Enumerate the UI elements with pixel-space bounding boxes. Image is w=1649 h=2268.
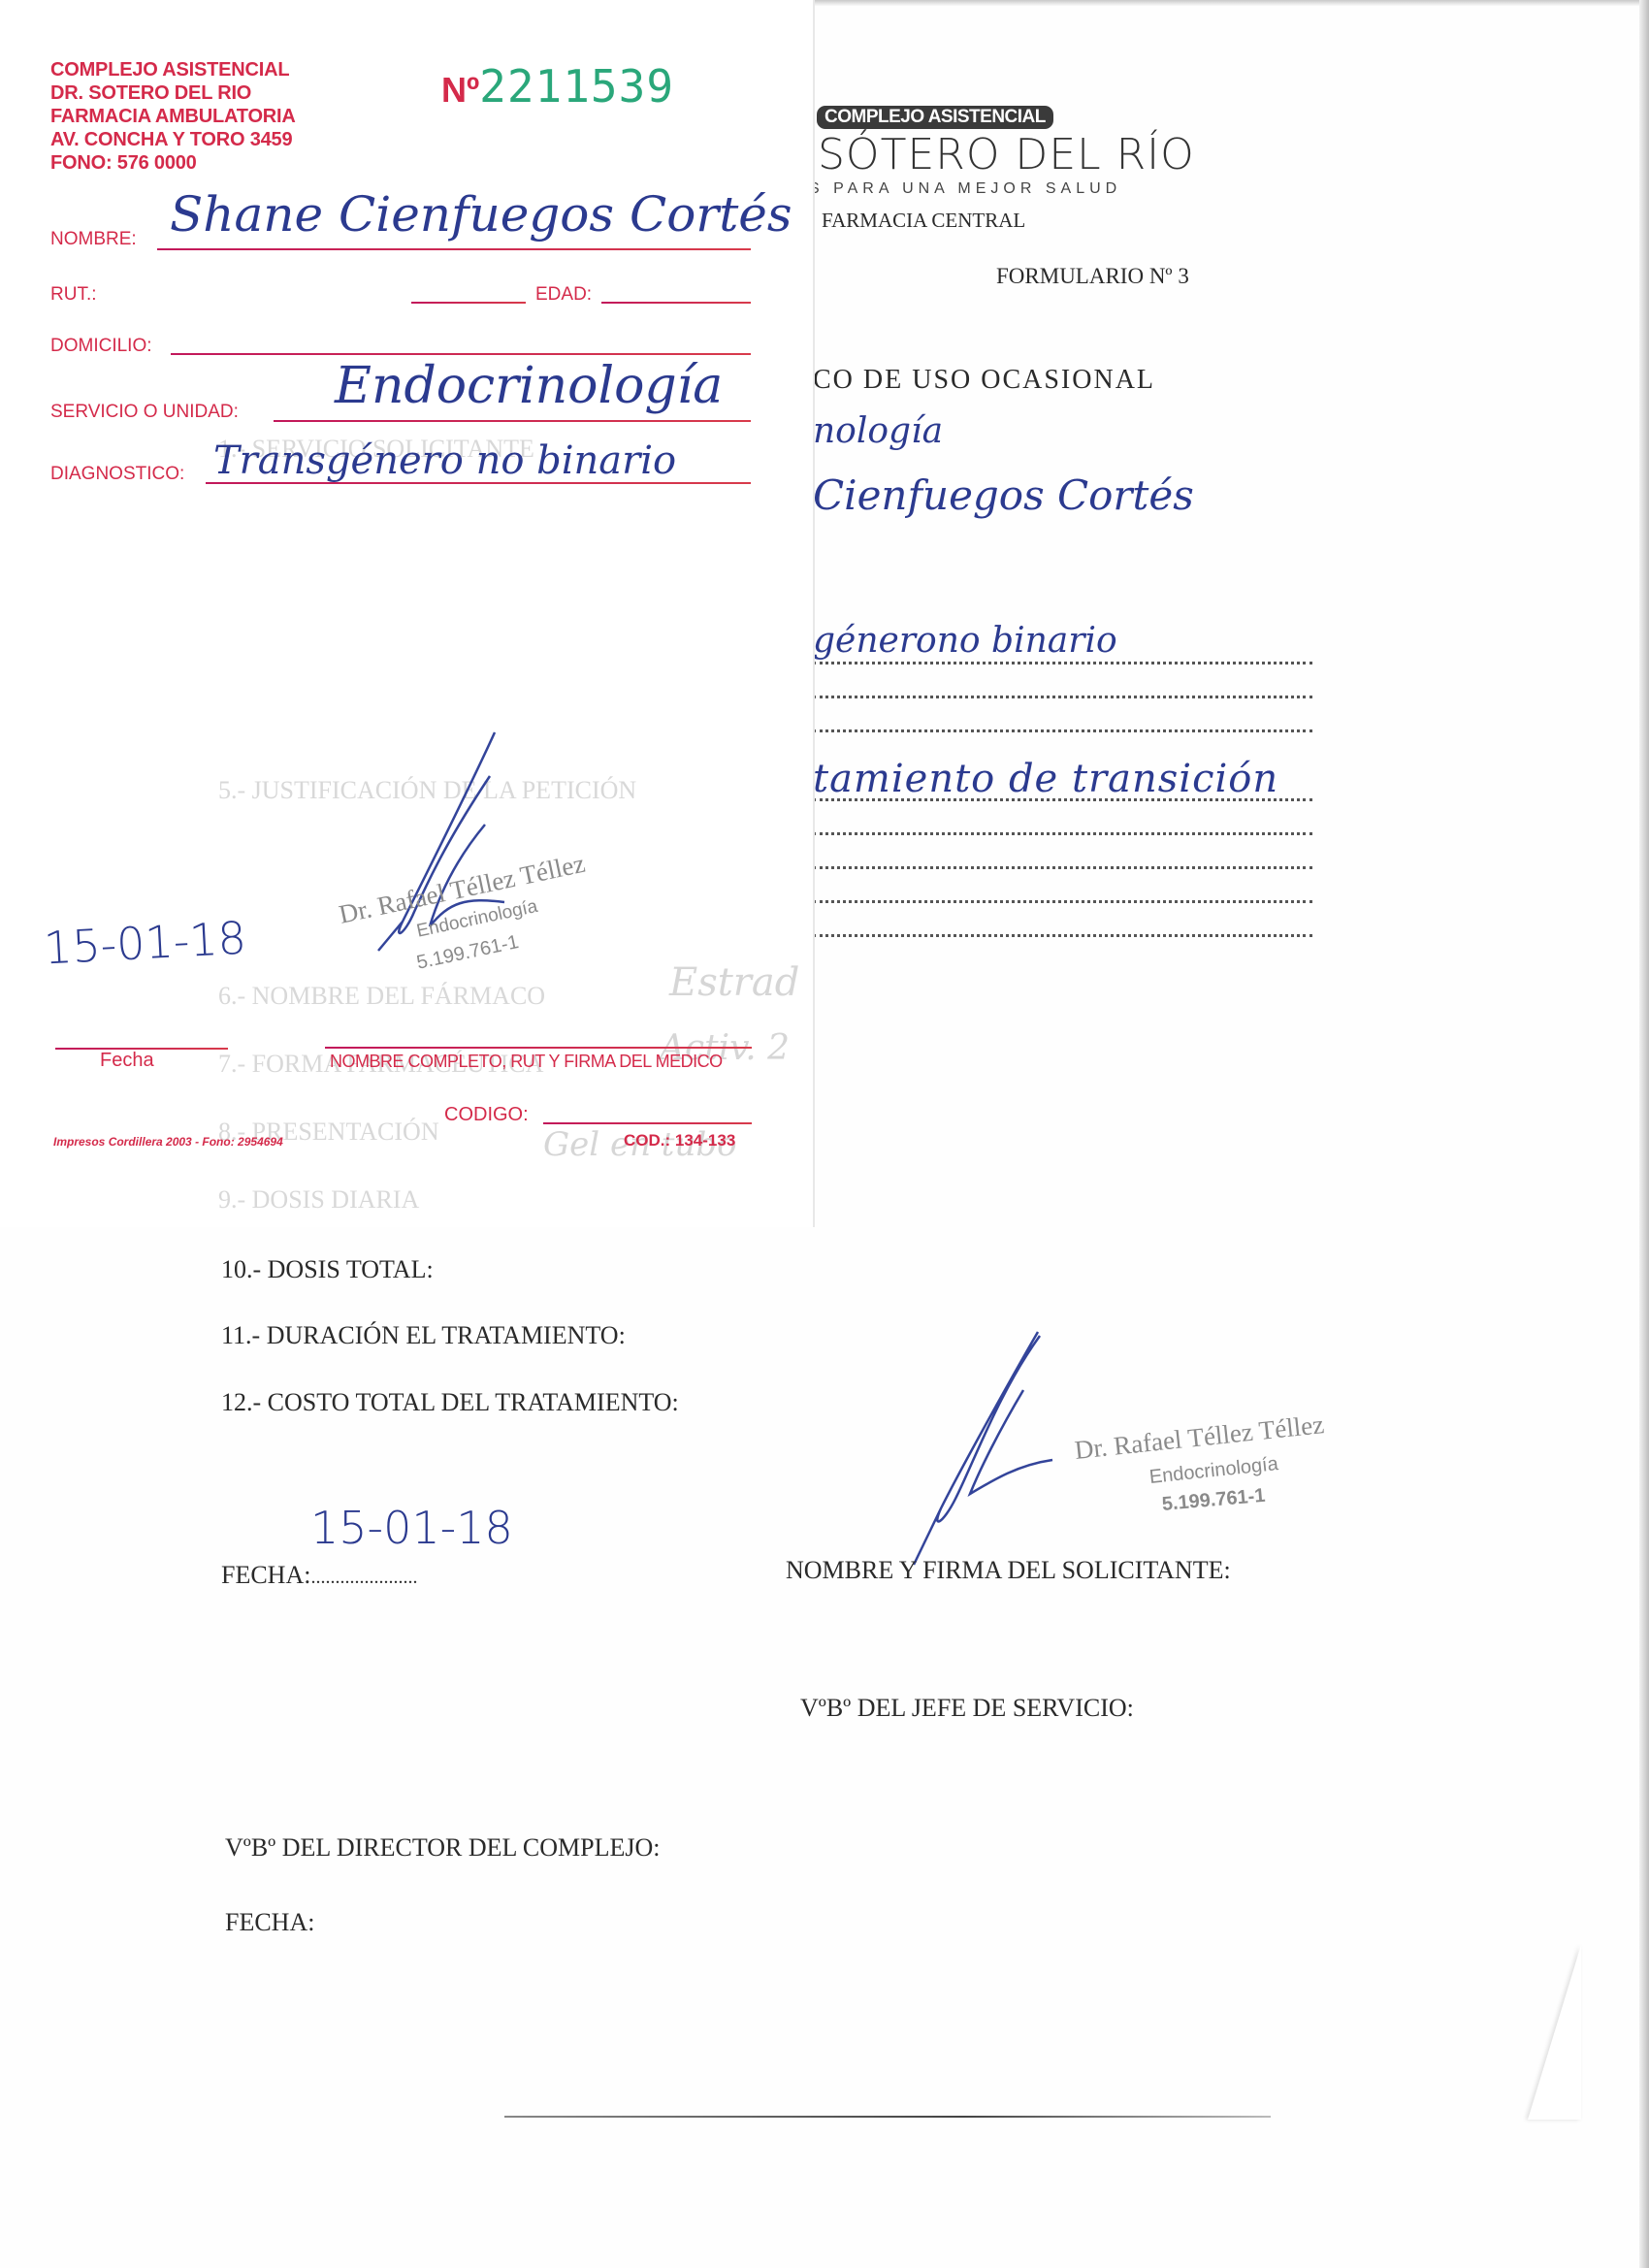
jefe-servicio-label: VºBº DEL JEFE DE SERVICIO: xyxy=(800,1694,1134,1723)
fecha-label: Fecha xyxy=(100,1050,154,1072)
dotted-line xyxy=(813,866,1312,869)
logo-badge: COMPLEJO ASISTENCIAL xyxy=(817,106,1053,129)
corner-fold xyxy=(1528,1945,1581,2120)
servicio-label: SERVICIO O UNIDAD: xyxy=(50,402,239,423)
codigo-line[interactable] xyxy=(543,1122,752,1124)
edad-label: EDAD: xyxy=(535,284,592,306)
domicilio-label: DOMICILIO: xyxy=(50,336,152,357)
dotted-line xyxy=(813,729,1312,732)
solicitante-stamp-rut: 5.199.761-1 xyxy=(1161,1485,1266,1516)
dotted-line xyxy=(813,900,1312,903)
logo-title: SÓTERO DEL RÍO xyxy=(818,130,1195,179)
sheet-top-edge xyxy=(805,0,1649,6)
slip-header-line: DR. SOTERO DEL RIO xyxy=(50,81,296,105)
form-number: FORMULARIO Nº 3 xyxy=(996,264,1189,289)
printer-note: Impresos Cordillera 2003 - Fono: 2954694 xyxy=(53,1135,283,1149)
solicitante-stamp-specialty: Endocrinología xyxy=(1148,1453,1279,1489)
servicio-line xyxy=(274,420,751,422)
logo-tagline: S PARA UNA MEJOR SALUD xyxy=(809,180,1121,198)
servicio-value: Endocrinología xyxy=(335,357,723,415)
logo-subtitle: FARMACIA CENTRAL xyxy=(822,209,1025,233)
dotted-line xyxy=(813,696,1312,698)
director-fecha-label: FECHA: xyxy=(225,1908,314,1937)
sheet-right-edge xyxy=(1639,0,1649,2268)
form-fecha-label: FECHA:...................... xyxy=(221,1561,417,1590)
slip-number-prefix: Nº xyxy=(441,70,479,110)
dotted-line xyxy=(813,662,1312,664)
medico-line xyxy=(325,1047,752,1049)
item-costo-total: 12.- COSTO TOTAL DEL TRATAMIENTO: xyxy=(221,1388,679,1417)
rut-field-redacted[interactable] xyxy=(116,274,407,308)
rut-line xyxy=(411,302,526,304)
form-title: CO DE USO OCASIONAL xyxy=(813,365,1155,396)
rut-label: RUT.: xyxy=(50,284,97,306)
slip-header-line: FARMACIA AMBULATORIA xyxy=(50,105,296,128)
codigo-label: CODIGO: xyxy=(444,1104,529,1126)
diagnostico-label: DIAGNOSTICO: xyxy=(50,464,184,485)
domicilio-line[interactable] xyxy=(171,353,751,355)
nombre-line xyxy=(157,248,751,250)
cod-value: COD.: 134-133 xyxy=(624,1131,735,1150)
slip-number: Nº2211539 xyxy=(441,60,674,113)
diagnostico-value: Transgénero no binario xyxy=(213,438,676,483)
nombre-value: Shane Cienfuegos Cortés xyxy=(170,186,792,243)
edad-line[interactable] xyxy=(601,302,751,304)
prescription-slip: 1.- SERVICIO SOLICITANTE 5.- JUSTIFICACI… xyxy=(0,0,813,1227)
form-diagnostico-handwritten: génerono binario xyxy=(813,621,1117,661)
slip-header-line: FONO: 576 0000 xyxy=(50,151,296,175)
item-duracion-tratamiento: 11.- DURACIÓN EL TRATAMIENTO: xyxy=(221,1321,626,1350)
dotted-line xyxy=(813,798,1312,801)
medico-label: NOMBRE COMPLETO, RUT Y FIRMA DEL MEDICO xyxy=(330,1052,723,1072)
nombre-label: NOMBRE: xyxy=(50,229,137,250)
form-nombre-handwritten: Cienfuegos Cortés xyxy=(813,471,1194,519)
slip-date-handwritten: 15-01-18 xyxy=(43,912,247,975)
ghost-farmaco-handwritten: Estrad xyxy=(669,960,799,1005)
solicitante-label: NOMBRE Y FIRMA DEL SOLICITANTE: xyxy=(786,1556,1231,1585)
item-dosis-total: 10.- DOSIS TOTAL: xyxy=(221,1255,434,1284)
slip-header: COMPLEJO ASISTENCIAL DR. SOTERO DEL RIO … xyxy=(50,58,296,175)
ghost-item-farmaco: 6.- NOMBRE DEL FÁRMACO xyxy=(218,982,545,1011)
slip-header-line: COMPLEJO ASISTENCIAL xyxy=(50,58,296,81)
form-justificacion-handwritten: tamiento de transición xyxy=(813,757,1278,801)
ghost-item-dosis-diaria: 9.- DOSIS DIARIA xyxy=(218,1185,419,1215)
dotted-line xyxy=(813,934,1312,937)
fecha-label-text: FECHA: xyxy=(221,1561,310,1589)
form-servicio-handwritten: nología xyxy=(813,411,943,451)
slip-number-value: 2211539 xyxy=(479,60,674,113)
director-label: VºBº DEL DIRECTOR DEL COMPLEJO: xyxy=(225,1833,661,1863)
dotted-line xyxy=(813,832,1312,835)
form-fecha-handwritten: 15-01-18 xyxy=(310,1502,513,1554)
bottom-rule xyxy=(504,2116,1271,2118)
fecha-dots: ...................... xyxy=(310,1567,417,1588)
slip-header-line: AV. CONCHA Y TORO 3459 xyxy=(50,128,296,151)
